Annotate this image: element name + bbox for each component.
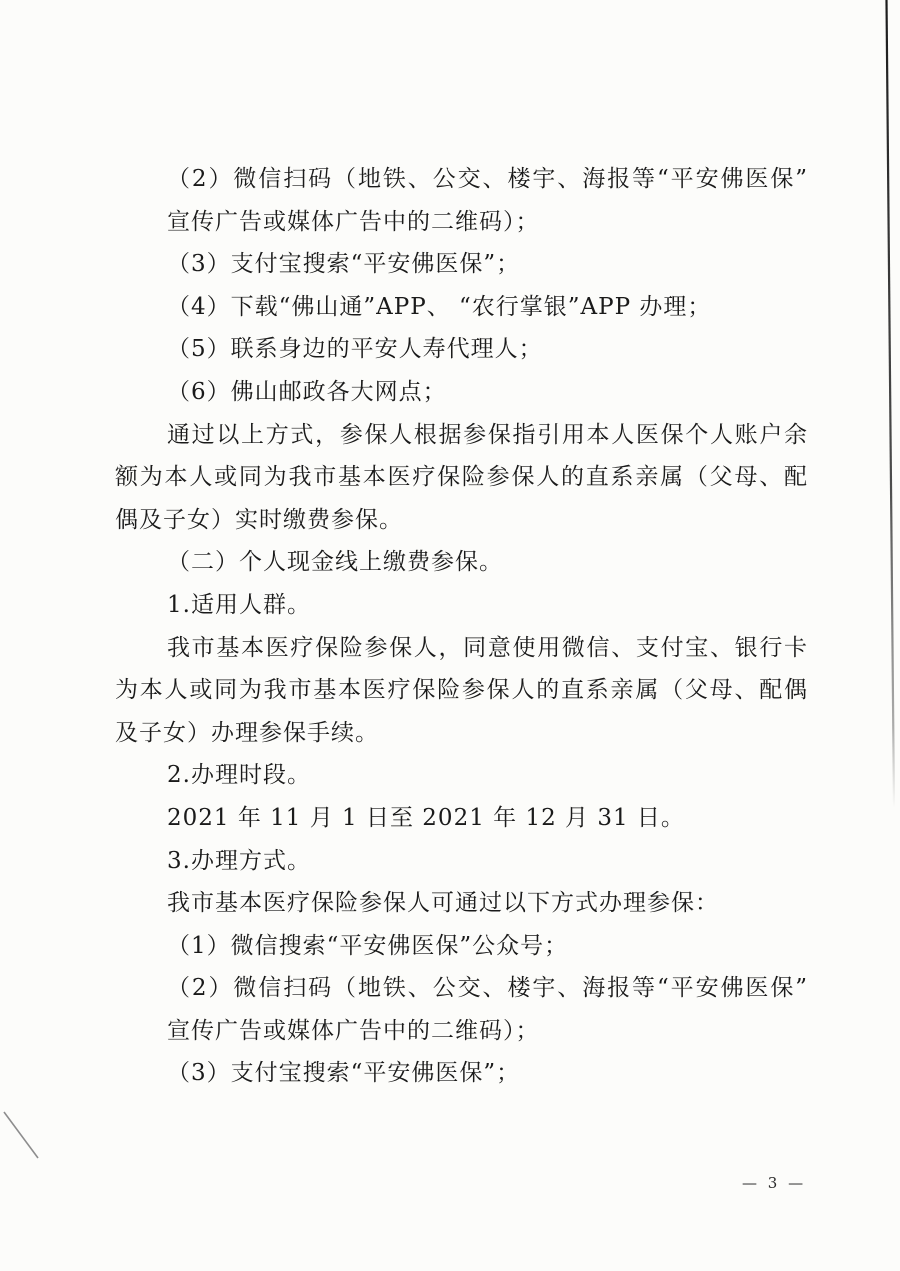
- scanned-document-page: （2）微信扫码（地铁、公交、楼宇、海报等“平安佛医保” 宣传广告或媒体广告中的二…: [0, 0, 900, 1271]
- doc-line: 1.适用人群。: [115, 584, 807, 627]
- doc-line: 通过以上方式，参保人根据参保指引用本人医保个人账户余: [115, 414, 807, 457]
- doc-line: （3）支付宝搜索“平安佛医保”；: [115, 1052, 807, 1095]
- doc-line: 3.办理方式。: [115, 840, 807, 883]
- doc-line: 偶及子女）实时缴费参保。: [115, 499, 807, 542]
- doc-line: （5）联系身边的平安人寿代理人；: [115, 328, 807, 371]
- scan-artifact-diagonal-line: [4, 1112, 38, 1158]
- doc-line: （二）个人现金线上缴费参保。: [115, 541, 807, 584]
- document-body: （2）微信扫码（地铁、公交、楼宇、海报等“平安佛医保” 宣传广告或媒体广告中的二…: [115, 158, 807, 1095]
- doc-line: （6）佛山邮政各大网点；: [115, 371, 807, 414]
- page-number: — 3 —: [742, 1174, 806, 1192]
- doc-line: （4）下载“佛山通”APP、 “农行掌银”APP 办理；: [115, 286, 807, 329]
- scan-artifact-vertical-line: [887, 0, 895, 808]
- doc-line: （2）微信扫码（地铁、公交、楼宇、海报等“平安佛医保”: [115, 158, 807, 201]
- doc-line: 为本人或同为我市基本医疗保险参保人的直系亲属（父母、配偶: [115, 669, 807, 712]
- doc-line: （1）微信搜索“平安佛医保”公众号；: [115, 925, 807, 968]
- doc-line: （3）支付宝搜索“平安佛医保”；: [115, 243, 807, 286]
- doc-line: 我市基本医疗保险参保人可通过以下方式办理参保：: [115, 882, 807, 925]
- doc-line: 我市基本医疗保险参保人，同意使用微信、支付宝、银行卡: [115, 627, 807, 670]
- doc-line: 宣传广告或媒体广告中的二维码）；: [115, 1010, 807, 1053]
- doc-line: 2021 年 11 月 1 日至 2021 年 12 月 31 日。: [115, 797, 807, 840]
- doc-line: （2）微信扫码（地铁、公交、楼宇、海报等“平安佛医保”: [115, 967, 807, 1010]
- doc-line: 宣传广告或媒体广告中的二维码）；: [115, 201, 807, 244]
- doc-line: 额为本人或同为我市基本医疗保险参保人的直系亲属（父母、配: [115, 456, 807, 499]
- doc-line: 2.办理时段。: [115, 754, 807, 797]
- doc-line: 及子女）办理参保手续。: [115, 712, 807, 755]
